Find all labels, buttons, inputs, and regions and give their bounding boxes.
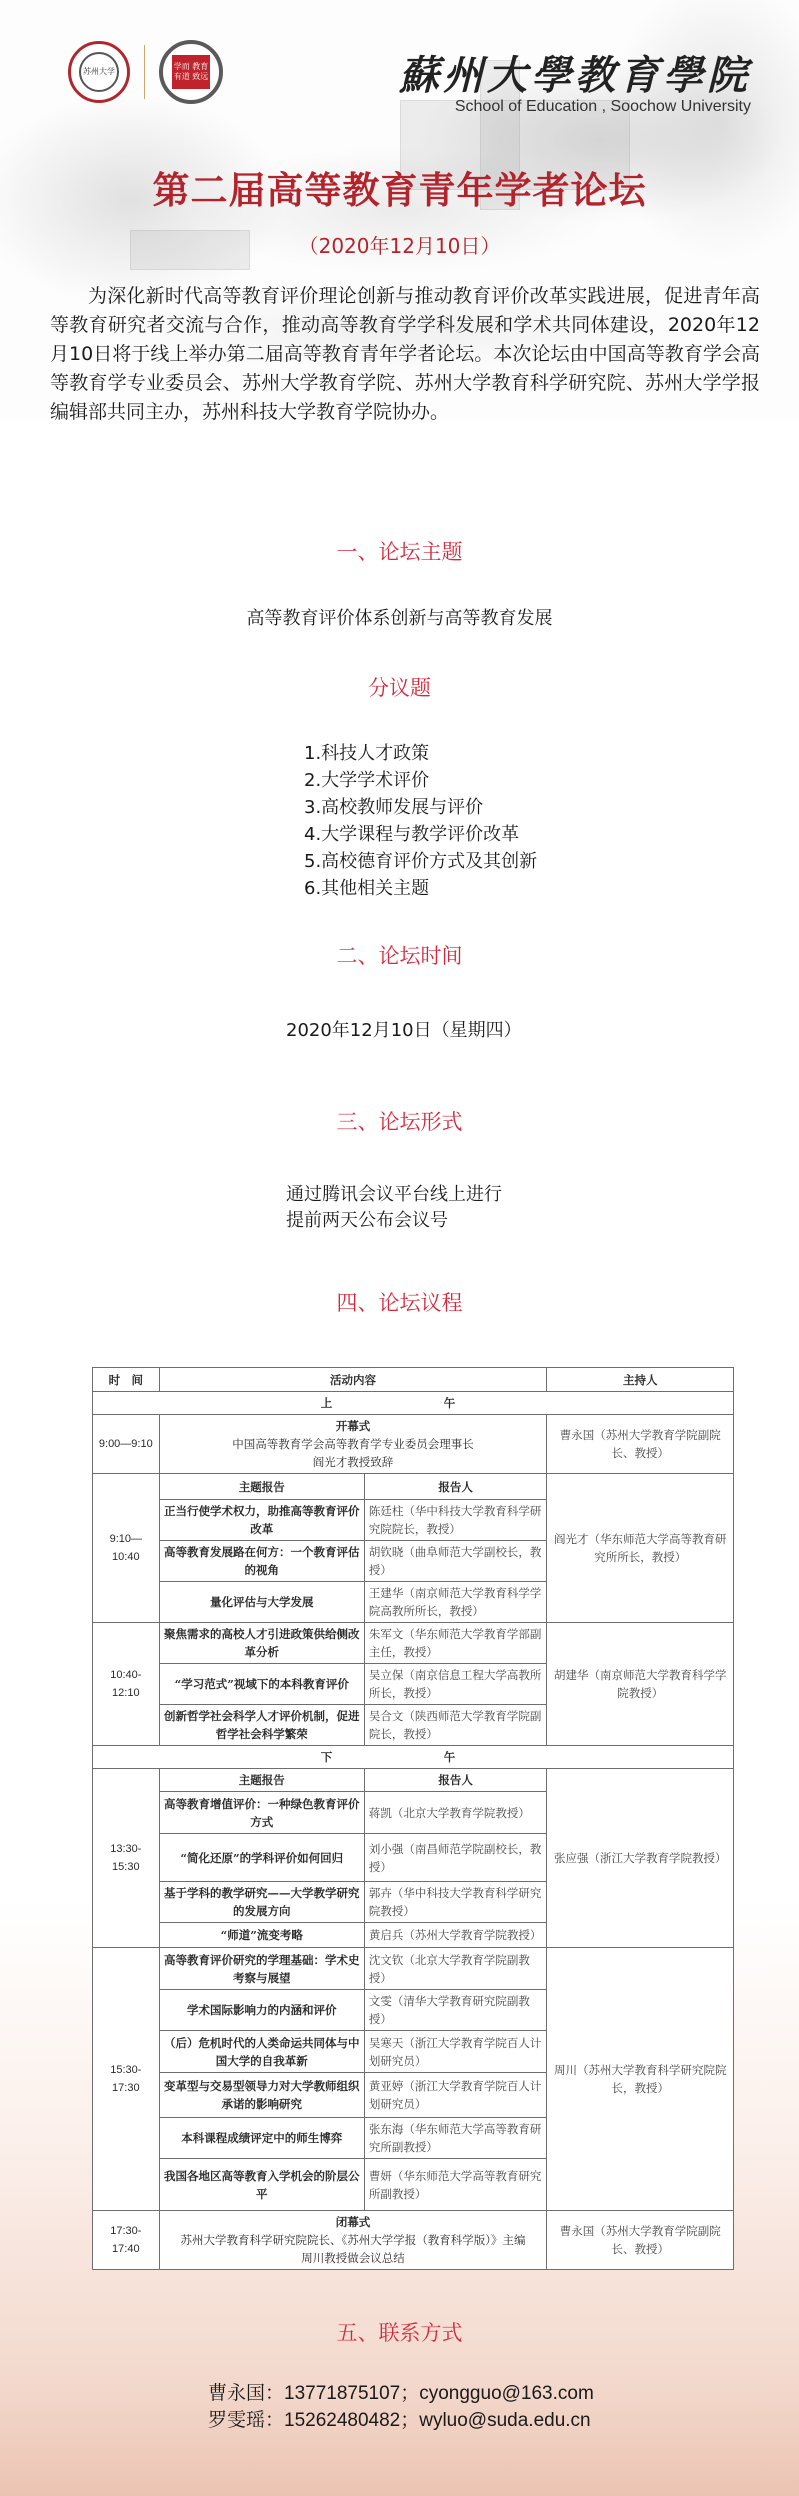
table-header-row: 时 间 活动内容 主持人 — [93, 1368, 734, 1392]
opening-ceremony: 开幕式 中国高等教育学会高等教育学专业委员会理事长 阎光才教授致辞 — [159, 1415, 547, 1474]
talk-speaker: 王建华（南京师范大学教育科学学院高教所所长，教授） — [364, 1582, 547, 1623]
ceremony-line: 阎光才教授致辞 — [313, 1455, 394, 1469]
header-content: 活动内容 — [159, 1368, 547, 1392]
section-title-contact: 五、联系方式 — [0, 2317, 799, 2347]
sub-topics-list: 1.科技人才政策 2.大学学术评价 3.高校教师发展与评价 4.大学课程与教学评… — [304, 740, 537, 902]
table-row: 15:30-17:30 高等教育评价研究的学理基础：学术史考察与展望 沈文钦（北… — [93, 1948, 734, 1990]
header-time: 时 间 — [93, 1368, 160, 1392]
header-host: 主持人 — [547, 1368, 734, 1392]
list-item: 1.科技人才政策 — [304, 740, 537, 767]
soochow-university-logo: 苏州大学 — [68, 41, 130, 103]
ceremony-line: 周川教授做会议总结 — [301, 2251, 405, 2265]
talk-topic: 本科课程成绩评定中的师生博弈 — [159, 2118, 364, 2159]
closing-ceremony: 闭幕式 苏州大学教育科学研究院院长、《苏州大学学报（教育科学版）》主编 周川教授… — [159, 2211, 547, 2270]
time-cell: 15:30-17:30 — [93, 1948, 160, 2211]
talk-topic: “师道”流变考略 — [159, 1923, 364, 1948]
intro-paragraph: 为深化新时代高等教育评价理论创新与推动教育评价改革实践进展，促进青年高等教育研究… — [50, 282, 760, 427]
talk-speaker: 黄启兵（苏州大学教育学院教授） — [364, 1923, 547, 1948]
host-cell: 周川（苏州大学教育科学研究院院长，教授） — [547, 1948, 734, 2211]
morning-label: 上 午 — [93, 1392, 734, 1415]
section-title-format: 三、论坛形式 — [0, 1106, 799, 1136]
forum-date: 2020年12月10日（星期四） — [286, 1018, 522, 1044]
table-row: 10:40-12:10 聚焦需求的高校人才引进政策供给侧改革分析 朱军文（华东师… — [93, 1623, 734, 1664]
talk-topic: 我国各地区高等教育入学机会的阶层公平 — [159, 2159, 364, 2211]
talk-topic: 高等教育评价研究的学理基础：学术史考察与展望 — [159, 1948, 364, 1990]
subheader-topic: 主题报告 — [159, 1769, 364, 1792]
main-theme: 高等教育评价体系创新与高等教育发展 — [0, 604, 799, 630]
talk-speaker: 蒋凯（北京大学教育学院教授） — [364, 1792, 547, 1834]
talk-speaker: 吴寒天（浙江大学教育学院百人计划研究员） — [364, 2031, 547, 2073]
talk-speaker: 文雯（清华大学教育研究院副教授） — [364, 1990, 547, 2031]
talk-speaker: 刘小强（南昌师范学院副校长，教授） — [364, 1834, 547, 1882]
talk-speaker: 吴立保（南京信息工程大学高教所所长，教授） — [364, 1664, 547, 1705]
time-cell: 13:30-15:30 — [93, 1769, 160, 1948]
talk-topic: 正当行使学术权力，助推高等教育评价改革 — [159, 1500, 364, 1541]
talk-speaker: 胡钦晓（曲阜师范大学副校长，教授） — [364, 1541, 547, 1582]
logo-divider — [144, 45, 145, 99]
format-line: 提前两天公布会议号 — [286, 1208, 448, 1234]
ceremony-line: 苏州大学教育科学研究院院长、《苏州大学学报（教育科学版）》主编 — [181, 2233, 526, 2247]
talk-topic: “简化还原”的学科评价如何回归 — [159, 1834, 364, 1882]
talk-speaker: 曹妍（华东师范大学高等教育研究所副教授） — [364, 2159, 547, 2211]
table-row: 9:00—9:10 开幕式 中国高等教育学会高等教育学专业委员会理事长 阎光才教… — [93, 1415, 734, 1474]
talk-speaker: 吴合文（陕西师范大学教育学院副院长，教授） — [364, 1705, 547, 1746]
talk-topic: 高等教育增值评价：一种绿色教育评价方式 — [159, 1792, 364, 1834]
list-item: 3.高校教师发展与评价 — [304, 794, 537, 821]
afternoon-label: 下 午 — [93, 1746, 734, 1769]
talk-speaker: 黄亚婷（浙江大学教育学院百人计划研究员） — [364, 2073, 547, 2118]
host-cell: 曹永国（苏州大学教育学院副院长、教授） — [547, 2211, 734, 2270]
talk-speaker: 陈廷柱（华中科技大学教育科学研究院院长，教授） — [364, 1500, 547, 1541]
section-title-theme: 一、论坛主题 — [0, 536, 799, 566]
host-cell: 张应强（浙江大学教育学院教授） — [547, 1769, 734, 1948]
talk-topic: 聚焦需求的高校人才引进政策供给侧改革分析 — [159, 1623, 364, 1664]
host-cell: 曹永国（苏州大学教育学院副院长、教授） — [547, 1415, 734, 1474]
page-title: 第二届高等教育青年学者论坛 — [0, 160, 799, 214]
talk-topic: 高等教育发展路在何方：一个教育评估的视角 — [159, 1541, 364, 1582]
contact-list: 曹永国：13771875107；cyongguo@163.com 罗雯瑶：152… — [208, 2380, 594, 2434]
talk-speaker: 沈文钦（北京大学教育学院副教授） — [364, 1948, 547, 1990]
time-cell: 9:10—10:40 — [93, 1474, 160, 1623]
talk-speaker: 郭卉（华中科技大学教育科学研究院教授） — [364, 1882, 547, 1923]
subheader-speaker: 报告人 — [364, 1474, 547, 1500]
subheader-topic: 主题报告 — [159, 1474, 364, 1500]
section-title-time: 二、论坛时间 — [0, 940, 799, 970]
talk-topic: （后）危机时代的人类命运共同体与中国大学的自我革新 — [159, 2031, 364, 2073]
list-item: 5.高校德育评价方式及其创新 — [304, 848, 537, 875]
page-date: （2020年12月10日） — [0, 230, 799, 259]
list-item: 2.大学学术评价 — [304, 767, 537, 794]
contact-line: 曹永国：13771875107；cyongguo@163.com — [208, 2380, 594, 2407]
list-item: 4.大学课程与教学评价改革 — [304, 821, 537, 848]
school-name-en: School of Education , Soochow University — [455, 98, 751, 116]
time-cell: 10:40-12:10 — [93, 1623, 160, 1746]
talk-topic: 创新哲学社会科学人才评价机制，促进哲学社会科学繁荣 — [159, 1705, 364, 1746]
host-cell: 胡建华（南京师范大学教育科学学院教授） — [547, 1623, 734, 1746]
logos: 苏州大学 学而 教育 有道 致远 — [68, 40, 223, 104]
talk-topic: 量化评估与大学发展 — [159, 1582, 364, 1623]
section-title-agenda: 四、论坛议程 — [0, 1287, 799, 1317]
host-cell: 阎光才（华东师范大学高等教育研究所所长，教授） — [547, 1474, 734, 1623]
time-cell: 17:30-17:40 — [93, 2211, 160, 2270]
ceremony-title: 开幕式 — [164, 1417, 543, 1435]
school-of-education-logo: 学而 教育 有道 致远 — [159, 40, 223, 104]
school-name-cn: 蘇州大學教育學院 — [399, 44, 751, 101]
talk-topic: “学习范式”视域下的本科教育评价 — [159, 1664, 364, 1705]
talk-speaker: 张东海（华东师范大学高等教育研究所副教授） — [364, 2118, 547, 2159]
list-item: 6.其他相关主题 — [304, 875, 537, 902]
ceremony-line: 中国高等教育学会高等教育学专业委员会理事长 — [232, 1437, 474, 1451]
talk-topic: 变革型与交易型领导力对大学教师组织承诺的影响研究 — [159, 2073, 364, 2118]
table-row: 17:30-17:40 闭幕式 苏州大学教育科学研究院院长、《苏州大学学报（教育… — [93, 2211, 734, 2270]
talk-topic: 基于学科的教学研究——大学教学研究的发展方向 — [159, 1882, 364, 1923]
sub-topics-title: 分议题 — [0, 672, 799, 702]
subheader-speaker: 报告人 — [364, 1769, 547, 1792]
talk-topic: 学术国际影响力的内涵和评价 — [159, 1990, 364, 2031]
table-row: 9:10—10:40 主题报告 报告人 阎光才（华东师范大学高等教育研究所所长，… — [93, 1474, 734, 1500]
table-row: 13:30-15:30 主题报告 报告人 张应强（浙江大学教育学院教授） — [93, 1769, 734, 1792]
ceremony-title: 闭幕式 — [164, 2213, 543, 2231]
contact-line: 罗雯瑶：15262480482；wyluo@suda.edu.cn — [208, 2407, 594, 2434]
time-cell: 9:00—9:10 — [93, 1415, 160, 1474]
talk-speaker: 朱军文（华东师范大学教育学部副主任，教授） — [364, 1623, 547, 1664]
format-line: 通过腾讯会议平台线上进行 — [286, 1182, 502, 1208]
agenda-table: 时 间 活动内容 主持人 上 午 9:00—9:10 开幕式 中国高等教育学会高… — [92, 1367, 734, 2270]
